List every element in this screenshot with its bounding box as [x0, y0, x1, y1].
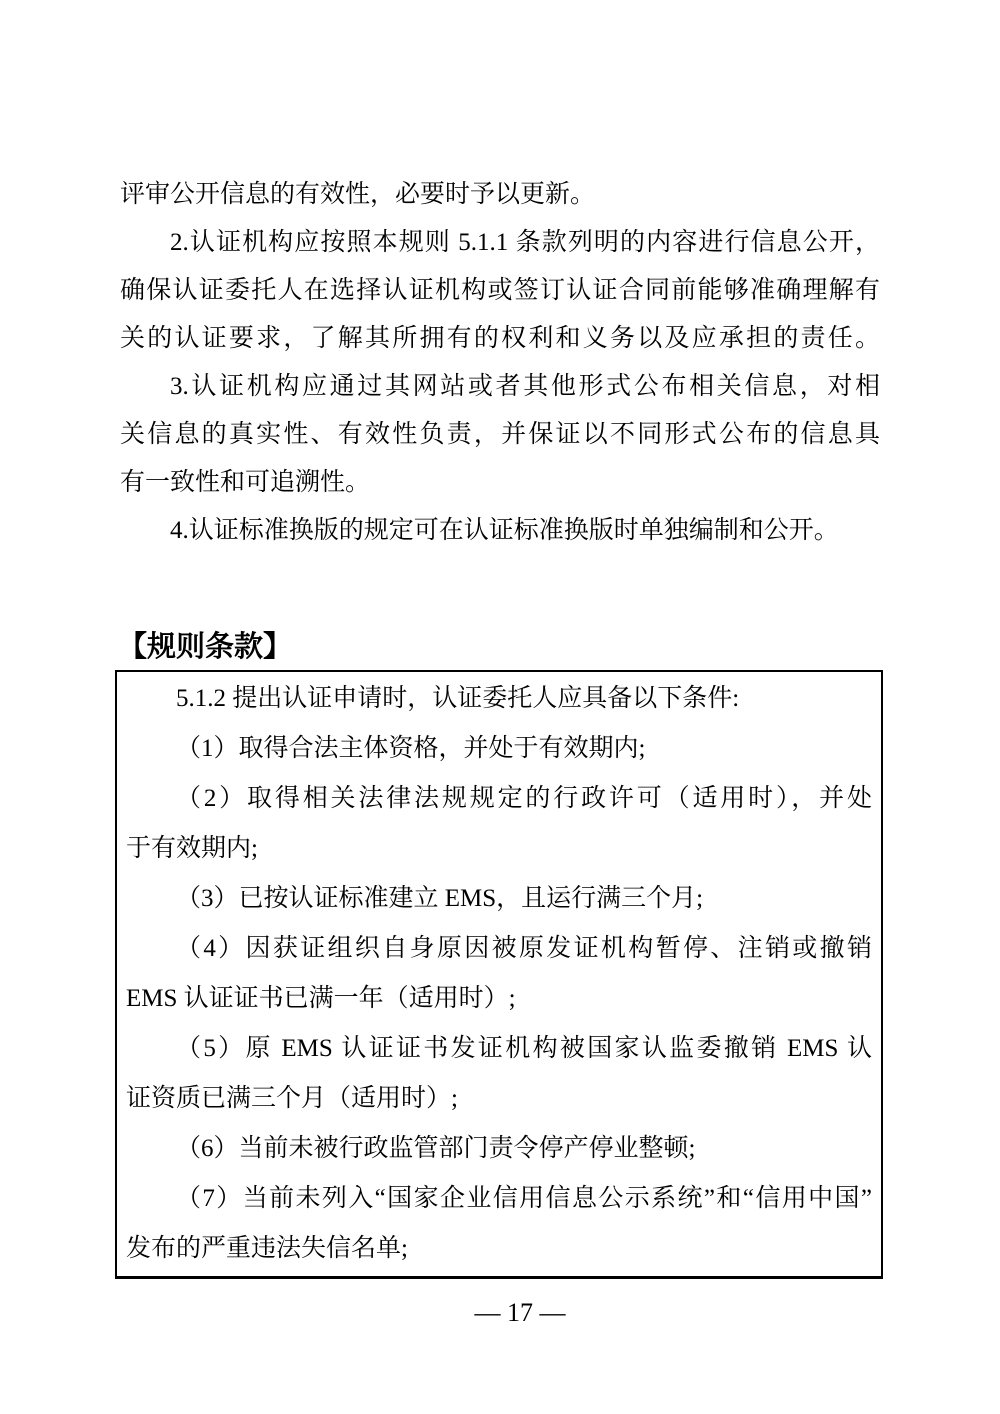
text-line: 3.认证机构应通过其网站或者其他形式公布相关信息，对相 — [120, 363, 880, 411]
document-page: 评审公开信息的有效性，必要时予以更新。2.认证机构应按照本规则 5.1.1 条款… — [0, 0, 1000, 1414]
text-line: （5）原 EMS 认证证书发证机构被国家认监委撤销 EMS 认 — [126, 1024, 872, 1074]
text-line: （7）当前未列入“国家企业信用信息公示系统”和“信用中国” — [126, 1174, 872, 1224]
text-line: EMS 认证证书已满一年（适用时）; — [126, 974, 872, 1024]
text-line: 于有效期内; — [126, 824, 872, 874]
text-line: 评审公开信息的有效性，必要时予以更新。 — [120, 171, 880, 219]
page-number: — 17 — — [120, 1296, 920, 1330]
text-line: （3）已按认证标准建立 EMS，且运行满三个月; — [126, 874, 872, 924]
rule-clause-box: 5.1.2 提出认证申请时，认证委托人应具备以下条件:（1）取得合法主体资格，并… — [115, 670, 883, 1279]
text-line: 4.认证标准换版的规定可在认证标准换版时单独编制和公开。 — [120, 507, 880, 555]
text-line: （6）当前未被行政监管部门责令停产停业整顿; — [126, 1124, 872, 1174]
text-line: 2.认证机构应按照本规则 5.1.1 条款列明的内容进行信息公开， — [120, 219, 880, 267]
text-line: （1）取得合法主体资格，并处于有效期内; — [126, 724, 872, 774]
rule-clause-heading: 【规则条款】 — [118, 630, 292, 664]
text-line: （4）因获证组织自身原因被原发证机构暂停、注销或撤销 — [126, 924, 872, 974]
text-line: 证资质已满三个月（适用时）; — [126, 1074, 872, 1124]
text-line: 有一致性和可追溯性。 — [120, 459, 880, 507]
text-line: 确保认证委托人在选择认证机构或签订认证合同前能够准确理解有 — [120, 267, 880, 315]
text-line: 发布的严重违法失信名单; — [126, 1224, 872, 1274]
body-paragraphs: 评审公开信息的有效性，必要时予以更新。2.认证机构应按照本规则 5.1.1 条款… — [120, 171, 880, 555]
text-line: 关信息的真实性、有效性负责，并保证以不同形式公布的信息具 — [120, 411, 880, 459]
text-line: 关的认证要求，了解其所拥有的权利和义务以及应承担的责任。 — [120, 315, 880, 363]
text-line: 5.1.2 提出认证申请时，认证委托人应具备以下条件: — [126, 674, 872, 724]
text-line: （2）取得相关法律法规规定的行政许可（适用时），并处 — [126, 774, 872, 824]
